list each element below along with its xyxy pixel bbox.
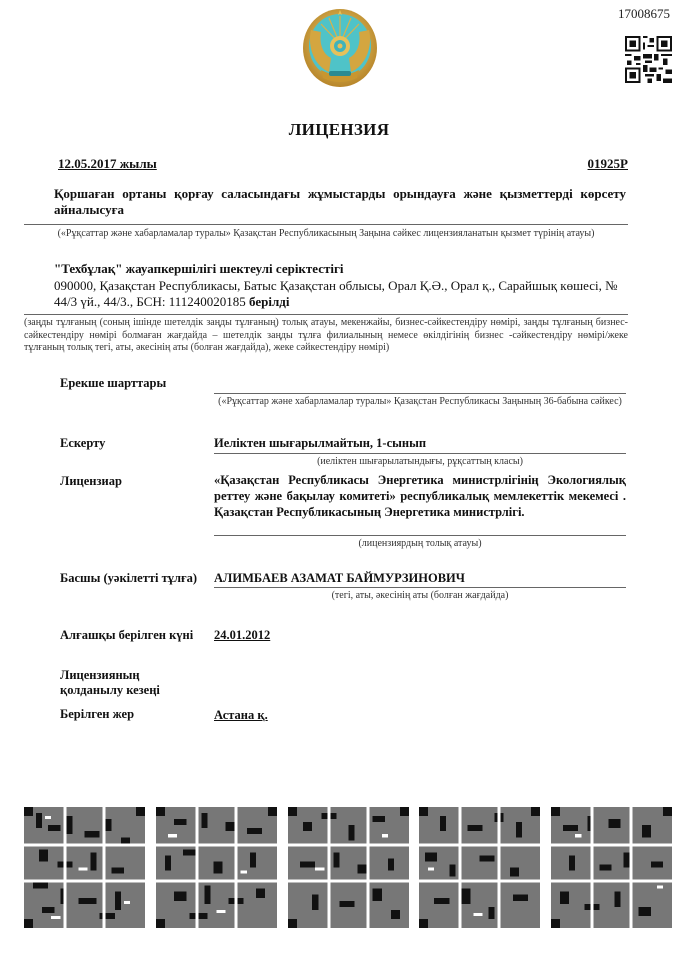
divider bbox=[24, 314, 628, 315]
license-number: 01925Р bbox=[588, 156, 628, 172]
qr-code-icon bbox=[625, 36, 672, 83]
validity-period-label: Лицензияның қолданылу кезеңі bbox=[60, 668, 160, 698]
activity-caption: («Рұқсаттар және хабарламалар туралы» Қа… bbox=[24, 228, 628, 240]
special-conditions-caption: («Рұқсаттар және хабарламалар туралы» Қа… bbox=[214, 396, 626, 408]
qr-code-5-icon bbox=[551, 807, 672, 928]
issued-word: берілді bbox=[249, 294, 289, 309]
special-conditions-line bbox=[214, 393, 626, 394]
document-title: ЛИЦЕНЗИЯ bbox=[0, 120, 678, 140]
issue-date: 12.05.2017 жылы bbox=[58, 156, 157, 172]
special-conditions-label: Ерекше шарттары bbox=[60, 376, 166, 391]
validity-label-line2: қолданылу кезеңі bbox=[60, 683, 160, 698]
state-emblem-icon bbox=[301, 8, 379, 88]
validity-label-line1: Лицензияның bbox=[60, 668, 160, 683]
activity-type: Қоршаған ортаны қорғау саласындағы жұмыс… bbox=[54, 186, 626, 218]
licensor-label: Лицензиар bbox=[60, 474, 122, 489]
qr-code-1-icon bbox=[24, 807, 145, 928]
first-issue-date-label: Алғашқы берілген күні bbox=[60, 628, 193, 643]
licensee-caption: (заңды тұлғаның (соның ішінде шетелдік з… bbox=[24, 317, 628, 355]
head-caption: (тегі, аты, әкесінің аты (болған жағдайд… bbox=[214, 590, 626, 602]
qr-code-4-icon bbox=[419, 807, 540, 928]
place-of-issue-label: Берілген жер bbox=[60, 707, 134, 722]
licensor-line bbox=[214, 535, 626, 536]
qr-code-2-icon bbox=[156, 807, 277, 928]
note-line bbox=[214, 453, 626, 454]
address-text: 090000, Қазақстан Республикасы, Батыс Қа… bbox=[54, 278, 618, 309]
head-label: Басшы (уәкілетті тұлға) bbox=[60, 571, 197, 586]
place-of-issue-value: Астана қ. bbox=[214, 707, 268, 723]
note-label: Ескерту bbox=[60, 436, 105, 451]
first-issue-date-value: 24.01.2012 bbox=[214, 627, 270, 643]
licensee-address: 090000, Қазақстан Республикасы, Батыс Қа… bbox=[54, 278, 626, 310]
licensor-value: «Қазақстан Республикасы Энергетика минис… bbox=[214, 472, 626, 520]
licensee-name: "Техбұлақ" жауапкершілігі шектеулі серік… bbox=[54, 261, 344, 277]
qr-code-strip bbox=[24, 807, 672, 929]
head-line bbox=[214, 587, 626, 588]
note-caption: (иеліктен шығарылатындығы, рұқсаттың кла… bbox=[214, 456, 626, 468]
licensor-caption: (лицензиярдың толық атауы) bbox=[214, 538, 626, 550]
head-value: АЛИМБАЕВ АЗАМАТ БАЙМУРЗИНОВИЧ bbox=[214, 570, 465, 586]
document-number: 17008675 bbox=[618, 6, 670, 22]
note-value: Иеліктен шығарылмайтын, 1-сынып bbox=[214, 435, 426, 451]
qr-code-3-icon bbox=[288, 807, 409, 928]
divider bbox=[24, 224, 628, 225]
